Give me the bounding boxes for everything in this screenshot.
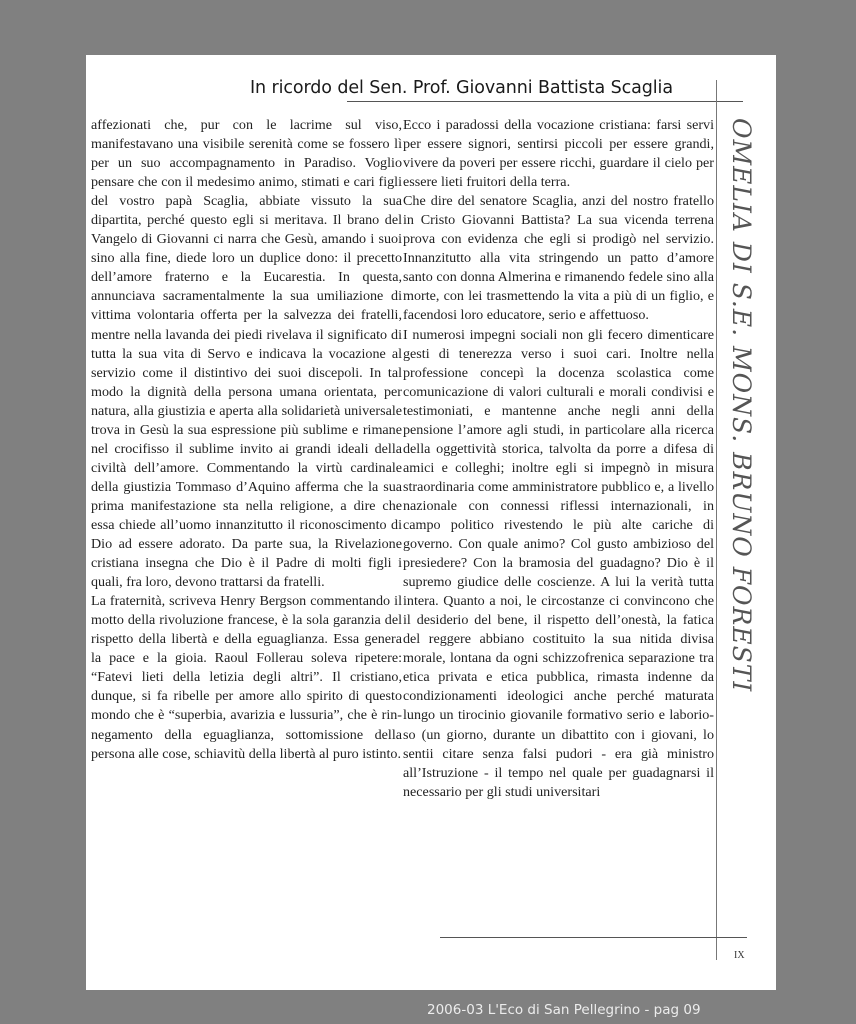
- paragraph: La fraternità, scriveva Henry Bergson co…: [91, 592, 402, 763]
- paragraph: Ecco i paradossi della vocazione cristia…: [403, 116, 714, 192]
- side-vertical-title: OMELIA DI S.E. MONS. BRUNO FORESTI: [723, 118, 759, 698]
- text-column-right: Ecco i paradossi della vocazione cristia…: [403, 116, 714, 802]
- page-number: IX: [734, 950, 745, 961]
- page-header-title: In ricordo del Sen. Prof. Giovanni Batti…: [250, 78, 673, 98]
- bottom-rule: [440, 937, 747, 938]
- footer-caption: 2006-03 L'Eco di San Pellegrino - pag 09: [427, 1002, 701, 1018]
- header-underline: [347, 101, 743, 102]
- vertical-divider: [716, 80, 717, 960]
- paragraph: affezionati che, pur con le lacrime sul …: [91, 116, 402, 592]
- paragraph: I numerosi impegni sociali non gli fecer…: [403, 326, 714, 802]
- text-column-left: affezionati che, pur con le lacrime sul …: [91, 116, 402, 764]
- paragraph: Che dire del senatore Scaglia, anzi del …: [403, 192, 714, 325]
